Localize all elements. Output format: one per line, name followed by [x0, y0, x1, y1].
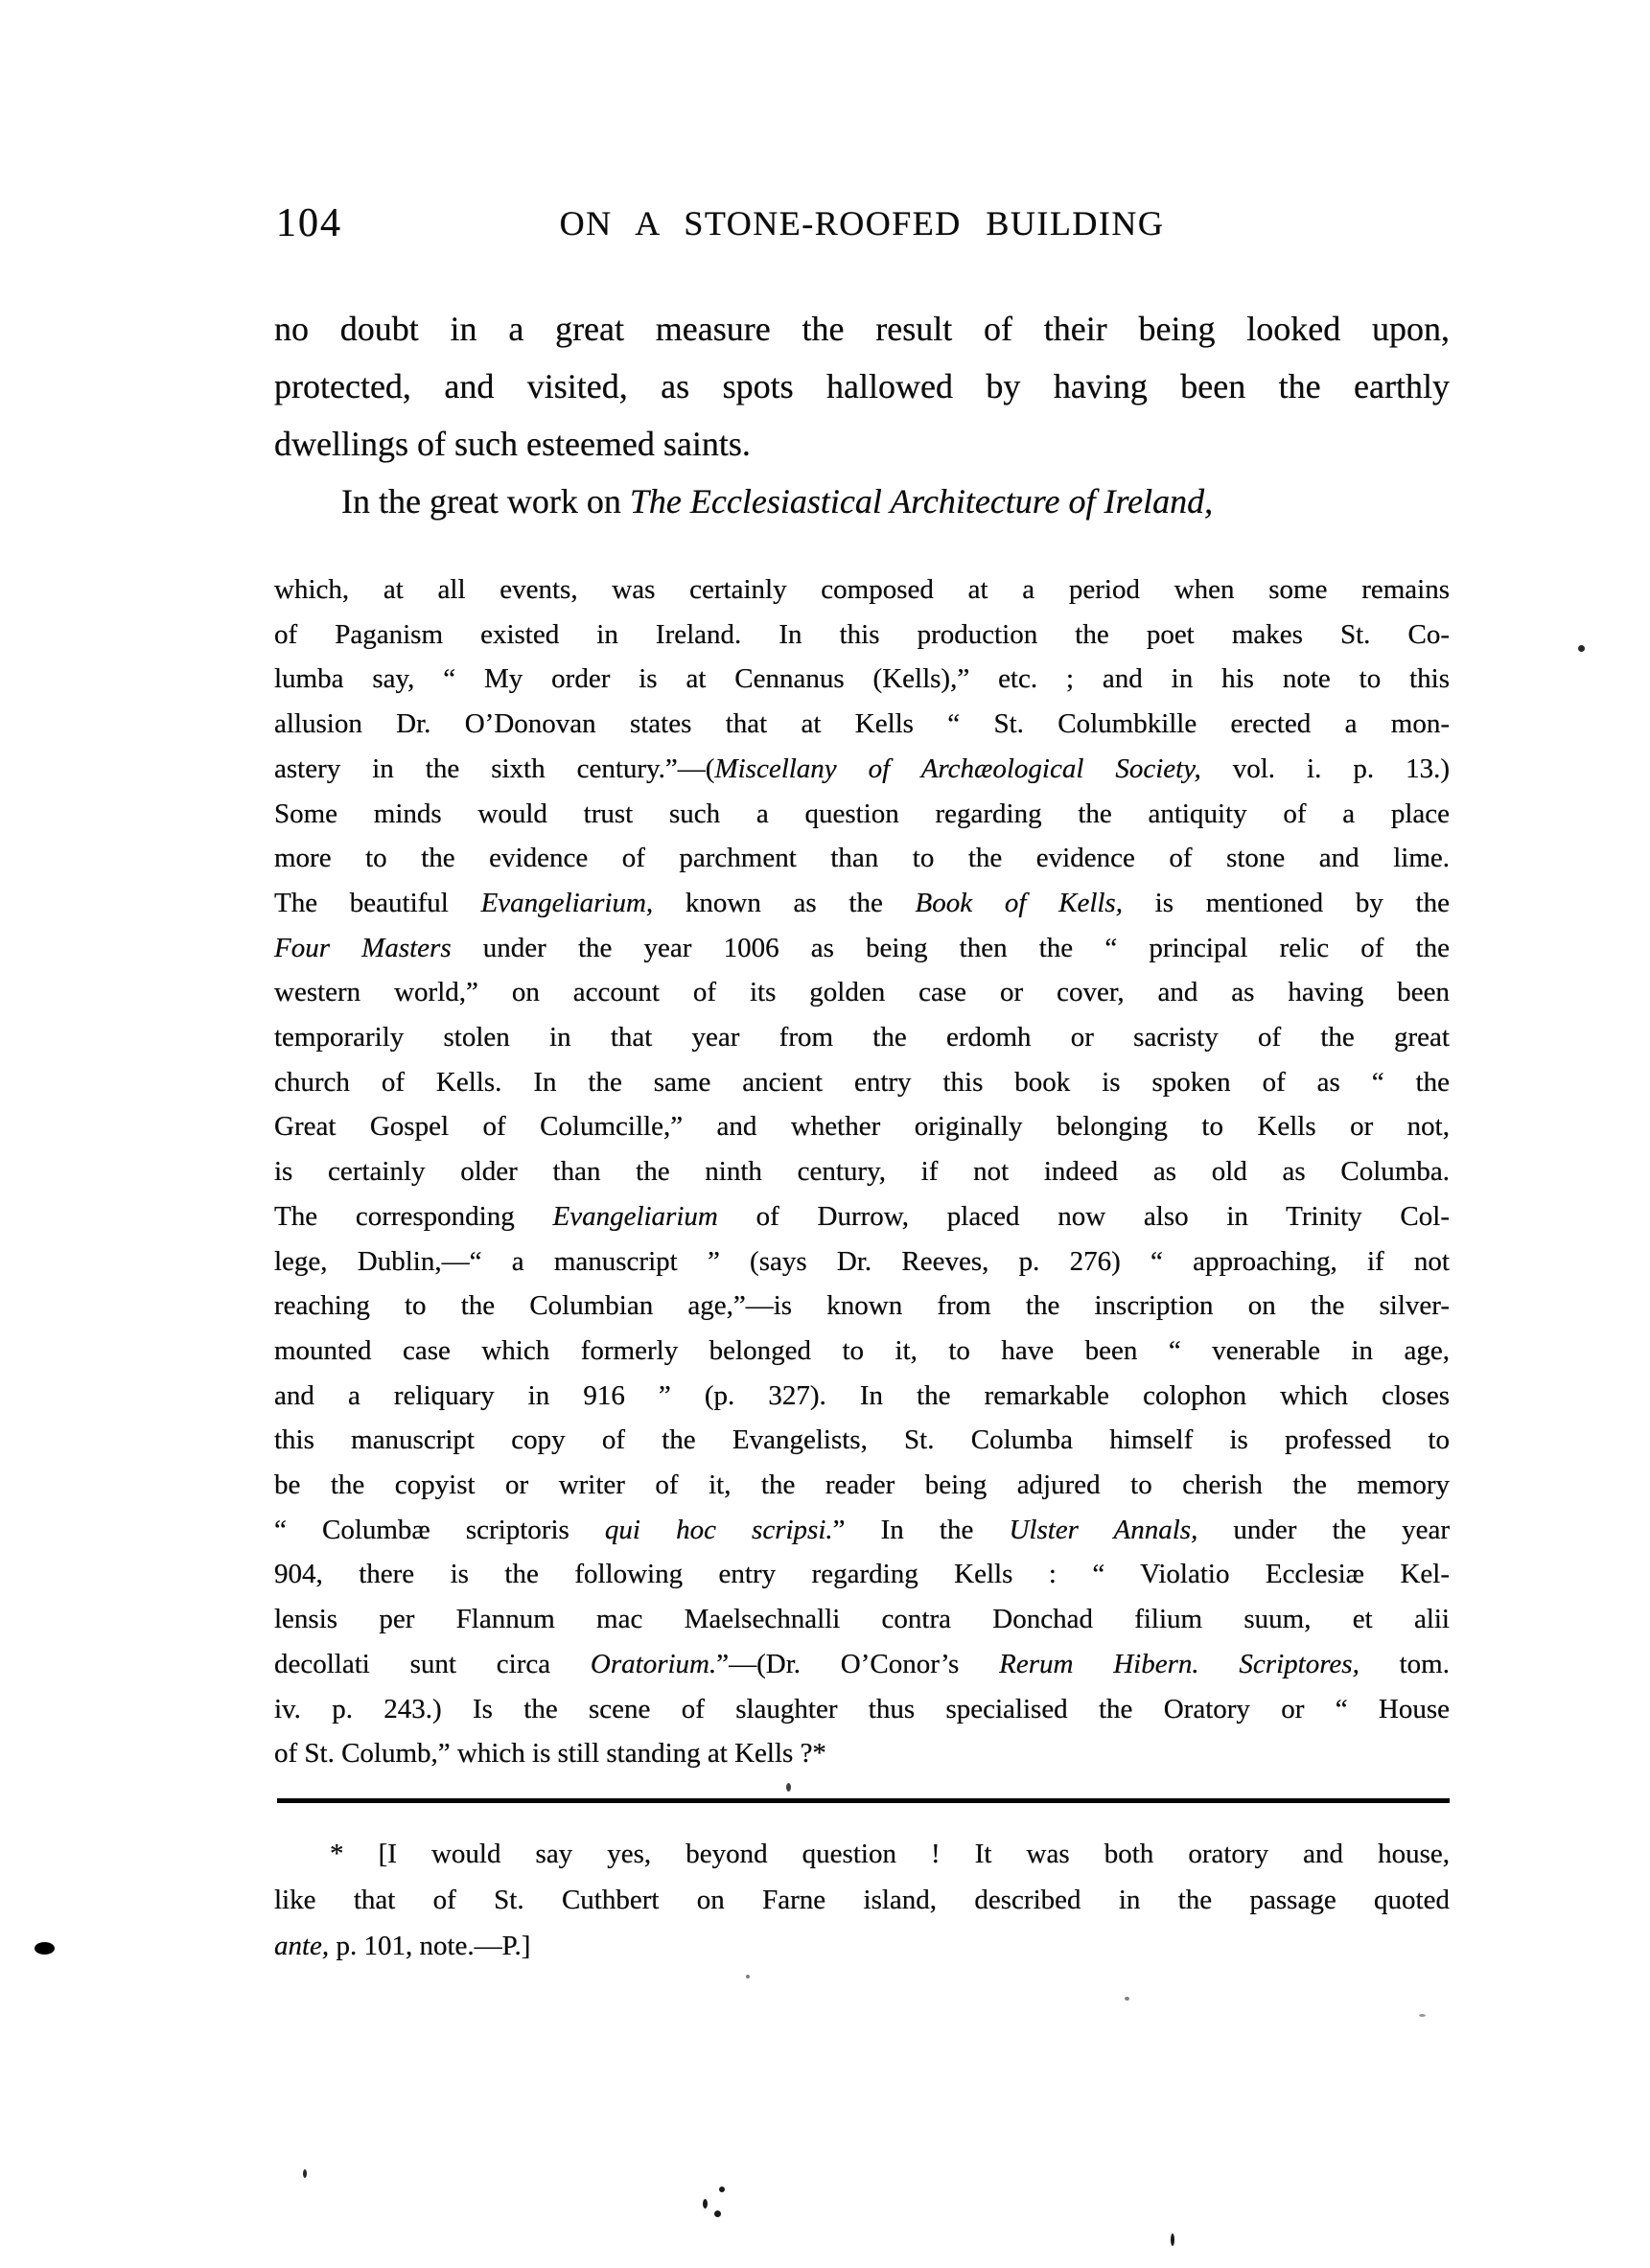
running-title: ON A STONE-ROOFED BUILDING — [274, 199, 1450, 247]
ink-speck — [746, 1975, 750, 1979]
text-line: lumba say, “ My order is at Cennanus (Ke… — [274, 657, 1450, 702]
text-line: lege, Dublin,—“ a manuscript ” (says Dr.… — [274, 1239, 1450, 1284]
ink-speck — [35, 1942, 55, 1955]
text-line: ante, p. 101, note.—P.] — [274, 1923, 1450, 1969]
ink-speck — [1578, 645, 1585, 652]
text-line: Great Gospel of Columcille,” and whether… — [274, 1104, 1450, 1149]
text-line: church of Kells. In the same ancient ent… — [274, 1060, 1450, 1105]
text-line: more to the evidence of parchment than t… — [274, 836, 1450, 881]
ink-speck — [1419, 2014, 1426, 2017]
page-header: 104 ON A STONE-ROOFED BUILDING — [274, 199, 1450, 247]
text-line: no doubt in a great measure the result o… — [274, 300, 1450, 358]
paragraph: In the great work on The Ecclesiastical … — [274, 473, 1450, 530]
text-line: Some minds would trust such a question r… — [274, 792, 1450, 837]
text-line: decollati sunt circa Oratorium.”—(Dr. O’… — [274, 1642, 1450, 1687]
ink-speck — [786, 1783, 791, 1792]
text-line: allusion Dr. O’Donovan states that at Ke… — [274, 702, 1450, 747]
footnote-block: which, at all events, was certainly comp… — [274, 567, 1450, 1776]
text-line: dwellings of such esteemed saints. — [274, 415, 1450, 473]
text-line: “ Columbæ scriptoris qui hoc scripsi.” I… — [274, 1508, 1450, 1553]
body-text: no doubt in a great measure the result o… — [274, 300, 1450, 530]
text-line: is certainly older than the ninth centur… — [274, 1149, 1450, 1194]
text-line: Four Masters under the year 1006 as bein… — [274, 926, 1450, 971]
text-line: protected, and visited, as spots hallowe… — [274, 358, 1450, 415]
paragraph: no doubt in a great measure the result o… — [274, 300, 1450, 473]
text-line: and a reliquary in 916 ” (p. 327). In th… — [274, 1374, 1450, 1419]
text-line: of St. Columb,” which is still standing … — [274, 1731, 1450, 1776]
text-line: western world,” on account of its golden… — [274, 970, 1450, 1015]
text-line: The corresponding Evangeliarium of Durro… — [274, 1194, 1450, 1239]
ink-speck — [719, 2187, 725, 2192]
text-line: 904, there is the following entry regard… — [274, 1552, 1450, 1597]
annotation-note: * [I would say yes, beyond question ! It… — [274, 1831, 1450, 1969]
text-line: astery in the sixth century.”—(Miscellan… — [274, 747, 1450, 792]
text-line: mounted case which formerly belonged to … — [274, 1329, 1450, 1374]
text-line: reaching to the Columbian age,”—is known… — [274, 1284, 1450, 1329]
ink-speck — [1125, 1997, 1129, 2001]
book-page: 104 ON A STONE-ROOFED BUILDING no doubt … — [0, 0, 1650, 2268]
text-line: be the copyist or writer of it, the read… — [274, 1463, 1450, 1508]
ink-speck — [303, 2169, 307, 2178]
ink-speck — [714, 2210, 721, 2217]
text-line: which, at all events, was certainly comp… — [274, 567, 1450, 613]
text-line: like that of St. Cuthbert on Farne islan… — [274, 1877, 1450, 1923]
text-line: this manuscript copy of the Evangelists,… — [274, 1418, 1450, 1463]
ink-speck — [703, 2199, 708, 2209]
text-line: The beautiful Evangeliarium, known as th… — [274, 881, 1450, 926]
text-line: lensis per Flannum mac Maelsechnalli con… — [274, 1597, 1450, 1642]
ink-speck — [1171, 2233, 1174, 2246]
footnote-separator — [277, 1798, 1450, 1803]
text-line: of Paganism existed in Ireland. In this … — [274, 613, 1450, 658]
text-line: In the great work on The Ecclesiastical … — [274, 473, 1450, 530]
page-number: 104 — [276, 199, 342, 247]
text-line: temporarily stolen in that year from the… — [274, 1015, 1450, 1060]
text-line: iv. p. 243.) Is the scene of slaughter t… — [274, 1687, 1450, 1732]
text-line: * [I would say yes, beyond question ! It… — [274, 1831, 1450, 1877]
